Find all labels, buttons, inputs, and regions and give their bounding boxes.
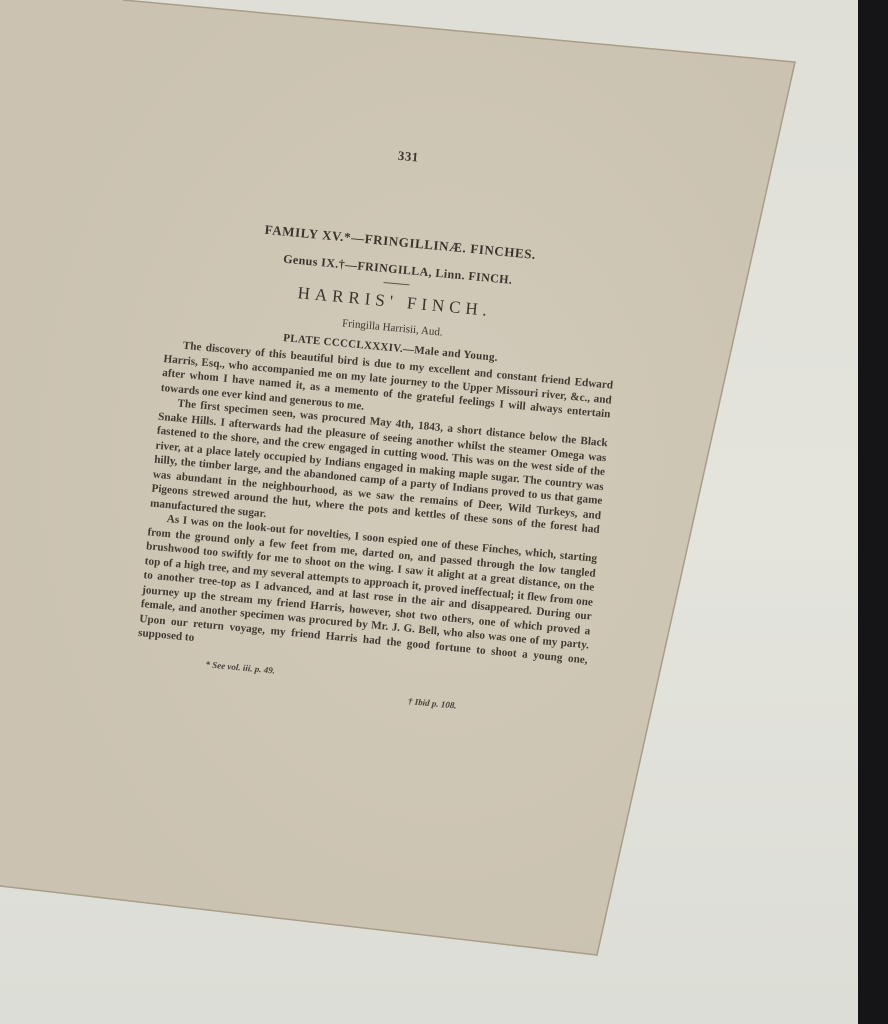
heading-rule	[384, 282, 410, 285]
dark-background-strip	[858, 0, 888, 1024]
page-content: 331 FAMILY XV.*—FRINGILLINÆ. FINCHES. Ge…	[134, 128, 633, 720]
footnote: * See vol. iii. p. 49.	[205, 659, 275, 675]
body-text: The discovery of this beautiful bird is …	[137, 337, 613, 682]
